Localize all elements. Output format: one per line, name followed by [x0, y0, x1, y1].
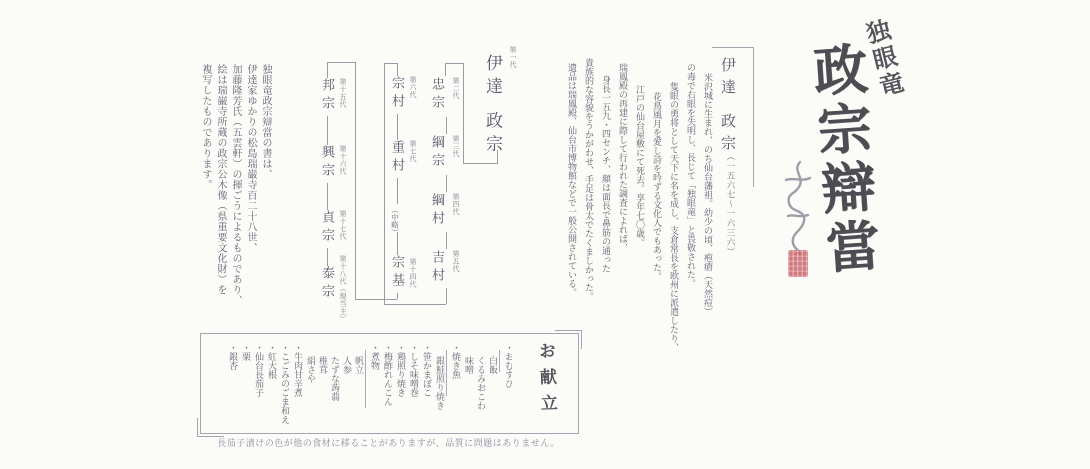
tree-connector-line [327, 183, 328, 210]
menu-sub-item: 白飯 [487, 356, 496, 429]
tree-connector-line [397, 63, 398, 76]
bullet: ・ [395, 343, 405, 352]
menu-item-list: ・おむすび 白飯 くるみおこわ 味噌 ・焼き魚 銀鮭照り焼き ・笹かまぼこ ・し… [213, 343, 512, 429]
tree-name: 貞宗 [320, 210, 333, 246]
bullet: ・ [450, 343, 460, 352]
tree-name: 宗村 [390, 76, 403, 112]
tree-connector-line [397, 232, 398, 255]
menu-sub-item: 味噌 [463, 356, 472, 429]
tree-connector-line [446, 175, 447, 192]
colophon-line: 絵は瑞巌寺所蔵の政宗公木像（県重要文化財）を [215, 64, 225, 309]
menu-item-label: 紅大根 [266, 352, 276, 379]
colophon-line: 加藤隆芳氏（五雲軒）の揮ごうによるものであり、 [230, 64, 240, 309]
generation-label: 第五代 [452, 250, 459, 273]
profile-years: （一五六七〜一六三六） [724, 152, 736, 257]
tree-connector-line [327, 62, 328, 78]
menu-sub-item: 帆立 [353, 356, 362, 429]
generation-label: 第十七代 [339, 210, 346, 240]
tree-connector-line [384, 63, 385, 304]
menu-sub-item: くるみおこわ [475, 356, 484, 429]
menu-item: ・煮物 [369, 343, 378, 429]
generation-label: 第十四代 [409, 258, 416, 288]
tree-connector-line [355, 62, 356, 299]
menu-item: ・笹かまぼこ [421, 343, 430, 429]
tree-connector-line [446, 117, 447, 134]
menu-item-label: 牛肉甘辛煮 [292, 352, 302, 397]
tree-connector-line [327, 62, 355, 63]
bio-line: 花鳥風月を愛し詩を吟ずる文化人でもあった。 [651, 92, 660, 355]
tree-name: 綱宗 [430, 135, 443, 171]
generation-label: 第一代 [509, 46, 516, 69]
menu-item-label: 栗 [240, 352, 250, 361]
menu-item-label: 煮物 [369, 352, 379, 370]
menu-item: ・鶏照り焼き [395, 343, 404, 429]
menu-item: ・焼き魚 [450, 343, 459, 429]
tree-connector-line [384, 63, 397, 64]
generation-label: 第十五代 [339, 78, 346, 108]
menu-sub-item: 人参 [341, 356, 350, 429]
title-main-calligraphy: 政宗辯當 [808, 40, 878, 279]
tree-connector-line [497, 150, 498, 164]
menu-title: お献立 [536, 342, 556, 421]
menu-item: ・こごみのごま和え [279, 343, 288, 429]
bullet: ・ [421, 343, 431, 352]
colophon-line: 複写したものであります。 [200, 64, 210, 309]
bullet: ・ [266, 343, 276, 352]
tree-connector-line [463, 163, 498, 164]
bio-line: 遺品は瑞鳳殿、仙台市博物館などで一般公開されている。 [566, 63, 575, 355]
tree-name: 重村 [390, 140, 403, 176]
tree-connector-line [463, 63, 464, 164]
menu-item-label: 鶏照り焼き [395, 352, 405, 397]
generation-label: 第六代 [409, 76, 416, 99]
menu-item: ・おむすび [503, 343, 512, 429]
menu-item-group: ・焼き魚 銀鮭照り焼き [434, 343, 459, 429]
bio-line: 貴族的な容貌をうかがわせ、手足は骨太でたくましかった。 [583, 58, 592, 355]
menu-sub-item: 銀鮭照り焼き [434, 356, 443, 429]
colophon-line: 独眼竜政宗辯當の書は、 [260, 64, 270, 309]
menu-item-label: 梅酢れんこん [382, 352, 392, 406]
bullet: ・ [292, 343, 302, 352]
bullet: ・ [503, 343, 512, 352]
bullet: ・ [369, 343, 379, 352]
bio-line: 隻眼の勇将として天下に名を成し、支倉常長を欧州に派遣したり、 [668, 82, 677, 355]
tree-name: 吉村 [430, 250, 443, 286]
menu-item-label: こごみのごま和え [279, 352, 289, 424]
bio-line: の毒で右眼を失明し、長じて「独眼竜」と畏敬された。 [685, 63, 694, 355]
menu-group-rule [446, 350, 447, 396]
tree-name: 忠宗 [430, 77, 443, 113]
menu-item-group: ・おむすび 白飯 くるみおこわ 味噌 [463, 343, 512, 429]
tree-name: 宗基 [390, 255, 403, 291]
menu-footnote: 長茄子漬けの色が他の食材に移ることがありますが、品質に問題はありません。 [200, 436, 577, 449]
bio-line: 瑞鳳殿の再建に際して行われた調査によれば、 [617, 63, 626, 355]
menu-item-label: しそ味噌巻 [408, 352, 418, 397]
tree-connector-line [446, 288, 447, 304]
menu-item-group: ・煮物 帆立 人参 たずな蒟蒻 椎茸 絹さや [305, 343, 378, 429]
kao-signature-icon [779, 158, 817, 256]
bio-line: 米沢城に生まれ、のち仙台藩祖。幼少の頃、疱瘡（天然痘） [702, 73, 711, 355]
menu-item: ・銀杏 [227, 343, 236, 429]
menu-sub-item: 絹さや [305, 356, 314, 429]
tree-founder-name: 伊達 政宗 [483, 54, 500, 157]
menu-item: ・仙台長茄子 [253, 343, 262, 429]
tree-connector-line [355, 299, 397, 300]
menu-item: ・しそ味噌巻 [408, 343, 417, 429]
menu-item-label: 笹かまぼこ [421, 352, 431, 397]
generation-label: 第三代 [452, 135, 459, 158]
menu-item-label: 焼き魚 [450, 352, 460, 379]
generation-label: 第四代 [452, 193, 459, 216]
tree-connector-line [384, 304, 446, 305]
bullet: ・ [279, 343, 289, 352]
bullet: ・ [408, 343, 418, 352]
profile-bracket-top-line [712, 47, 754, 48]
generation-label: 第二代 [452, 77, 459, 100]
bullet: ・ [227, 343, 237, 352]
menu-sub-item: 椎茸 [317, 356, 326, 429]
generation-label: 第十八代（現当主） [339, 255, 346, 323]
tree-connector-line [397, 114, 398, 140]
generation-label: 第十六代 [339, 145, 346, 175]
menu-item: ・紅大根 [266, 343, 275, 429]
tree-name: 邦宗 [320, 78, 333, 114]
tree-connector-line [445, 63, 464, 64]
tree-name: 泰宗 [320, 266, 333, 302]
tree-connector-line [445, 63, 446, 76]
menu-sub-item: たずな蒟蒻 [329, 356, 338, 429]
tree-connector-line [446, 232, 447, 249]
bio-line: 江戸の仙台屋敷にて死去。享年七〇歳。 [634, 85, 643, 355]
menu-item: ・栗 [240, 343, 249, 429]
menu-item-label: 銀杏 [227, 352, 237, 370]
menu-box: お献立 ・おむすび 白飯 くるみおこわ 味噌 ・焼き魚 銀鮭照り焼き ・笹かまぼ… [200, 333, 579, 434]
bullet: ・ [253, 343, 263, 352]
bullet: ・ [382, 343, 392, 352]
profile-bracket-side-line [753, 47, 754, 187]
red-seal-stamp [788, 250, 808, 277]
bio-line: 身長一五九・四センチ、顔は面長で鼻筋の通った [600, 75, 609, 355]
menu-item: ・牛肉甘辛煮 [292, 343, 301, 429]
menu-item-label: おむすび [503, 352, 512, 388]
profile-heading: 伊達 政宗 [718, 57, 739, 157]
bullet: ・ [240, 343, 250, 352]
menu-group-rule [499, 350, 500, 372]
generation-label: 第七代 [409, 140, 416, 163]
tree-connector-line [327, 116, 328, 145]
tree-connector-line [397, 293, 398, 299]
bento-leaflet-page: 独眼竜 政宗辯當 伊達 政宗 （一五六七〜一六三六） 米沢城に生まれ、のち仙台藩… [0, 0, 1090, 469]
tree-name: 興宗 [320, 145, 333, 181]
colophon-text: 独眼竜政宗辯當の書は、 伊達家ゆかりの松島瑞巌寺百二十八世、 加藤隆芳氏（五雲軒… [186, 64, 270, 309]
menu-item-label: 仙台長茄子 [253, 352, 263, 397]
tree-name: 綱村 [430, 193, 443, 229]
profile-biography: 米沢城に生まれ、のち仙台藩祖。幼少の頃、疱瘡（天然痘） の毒で右眼を失明し、長じ… [530, 50, 711, 355]
tree-connector-line [327, 248, 328, 266]
menu-item: ・梅酢れんこん [382, 343, 391, 429]
menu-group-rule [365, 350, 366, 408]
colophon-line: 伊達家ゆかりの松島瑞巌寺百二十八世、 [245, 64, 255, 309]
tree-connector-line [397, 178, 398, 204]
